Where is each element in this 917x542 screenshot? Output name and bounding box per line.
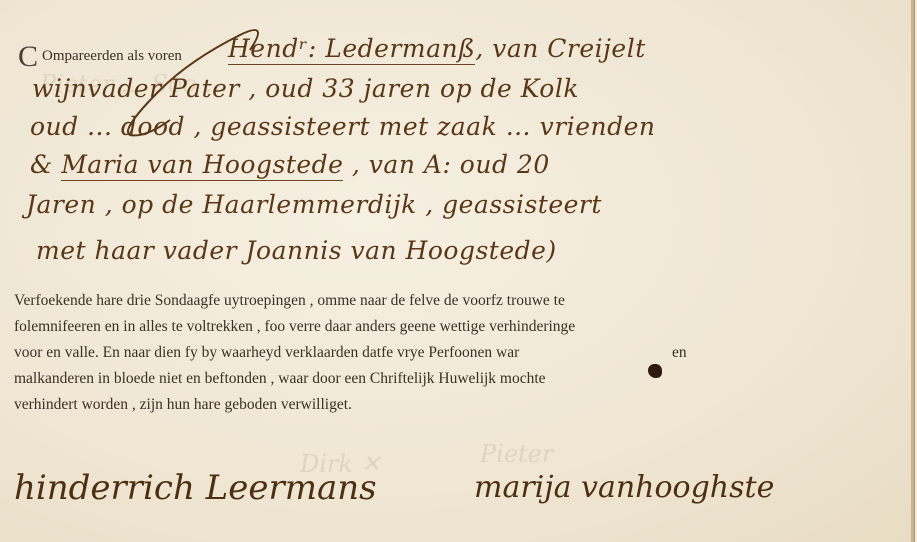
signature-groom: hinderrich Leermans bbox=[14, 468, 377, 508]
printed-line-5: verhindert worden , zijn hun hare gebode… bbox=[14, 396, 352, 414]
handwritten-line-4: & Maria van Hoogstede , van A: oud 20 bbox=[30, 150, 550, 179]
drop-cap: C bbox=[18, 42, 38, 72]
printed-line-2: folemnifeeren en in alles te voltrekken … bbox=[14, 318, 575, 336]
handwritten-line-6: met haar vader Joannis van Hoogstede) bbox=[36, 236, 557, 265]
bride-name: Maria van Hoogstede bbox=[61, 150, 343, 181]
document-page: Pieter ... Soo ... Pieter Dirk ✕ C Ompar… bbox=[0, 0, 915, 542]
signature-bride: marija vanhooghste bbox=[474, 470, 774, 505]
handwritten-line-1: Hendʳ: Ledermanß, van Creijelt bbox=[228, 34, 646, 63]
handwritten-line-3: oud ... dood , geassisteert met zaak … v… bbox=[30, 112, 656, 141]
bleed-through: Pieter bbox=[480, 440, 553, 468]
ink-blot bbox=[648, 364, 662, 378]
handwritten-line-5: Jaren , op de Haarlemmerdijk , geassiste… bbox=[26, 190, 602, 219]
printed-line-3: voor en valle. En naar dien fy by waarhe… bbox=[14, 344, 519, 362]
handwritten-line-2: wijnvader Pater , oud 33 jaren op de Kol… bbox=[32, 74, 579, 103]
printed-line-4: malkanderen in bloede niet en beftonden … bbox=[14, 370, 546, 388]
intro-text: Ompareerden als voren bbox=[42, 48, 182, 65]
printed-line-1: Verfoekende hare drie Sondaagfe uytroepi… bbox=[14, 292, 565, 310]
page-edge bbox=[911, 0, 914, 542]
printed-line-3-end: en bbox=[672, 344, 687, 362]
groom-name: Hendʳ: Ledermanß bbox=[228, 34, 475, 65]
